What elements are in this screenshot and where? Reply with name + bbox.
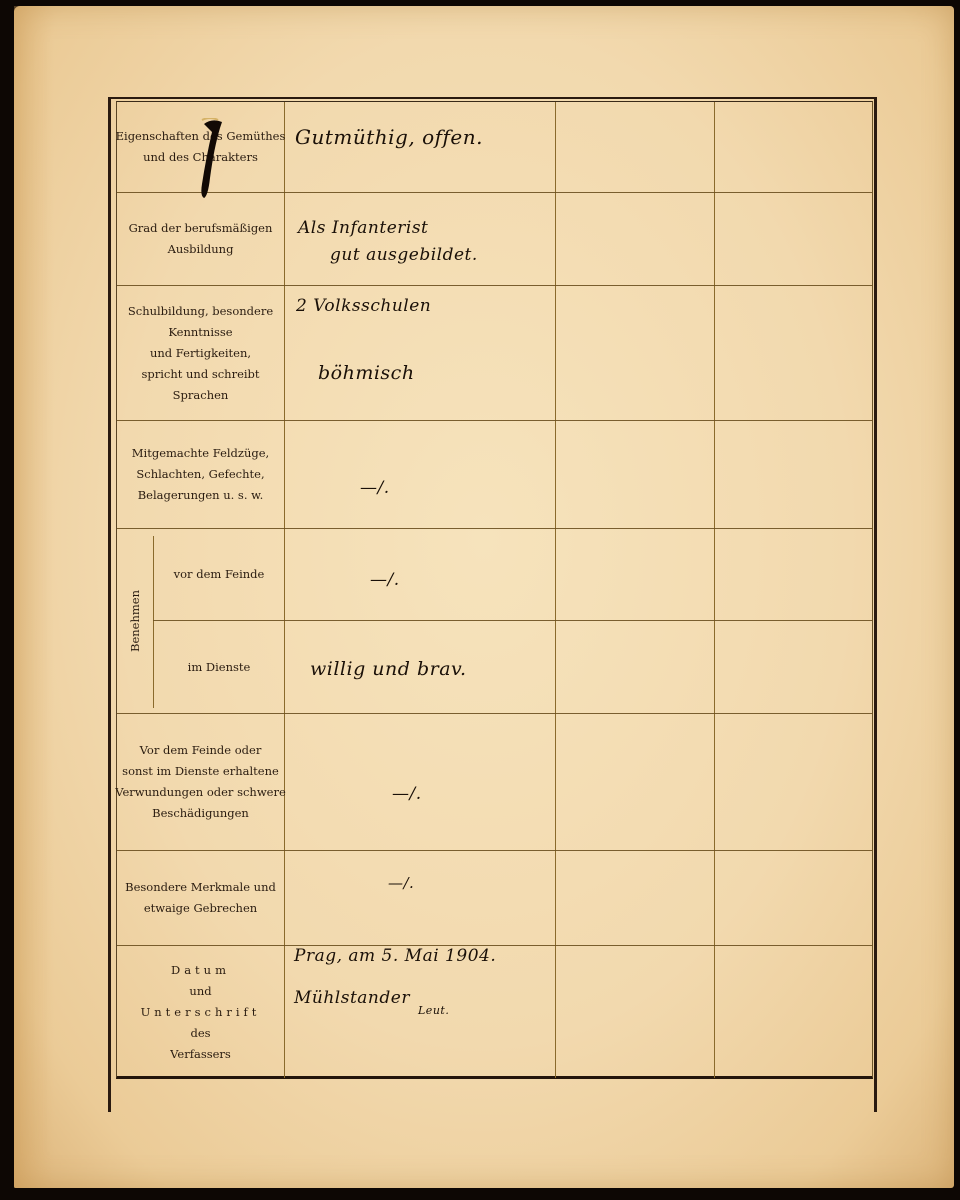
label-line: Datum xyxy=(171,960,230,981)
label-line: Verwundungen oder schwere xyxy=(115,782,286,803)
label-line: Sprachen xyxy=(173,385,229,406)
label-line: Besondere Merkmale und xyxy=(125,877,276,898)
entry-ausbildung-line2: gut ausgebildet. xyxy=(330,245,478,265)
ink-blot-icon xyxy=(198,118,228,200)
entry-vor-dem-feinde: —/. xyxy=(370,570,400,590)
entry-verwundungen: —/. xyxy=(392,784,422,804)
label-merkmale: Besondere Merkmale und etwaige Gebrechen xyxy=(117,851,284,945)
label-verwundungen: Vor dem Feinde oder sonst im Dienste erh… xyxy=(117,714,284,850)
entry-datum: Prag, am 5. Mai 1904. xyxy=(294,946,496,966)
label-line: Verfassers xyxy=(170,1044,231,1065)
entry-schulbildung-line2: böhmisch xyxy=(318,362,415,384)
label-benehmen-text: Benehmen xyxy=(128,590,142,652)
label-line: Grad der berufsmäßigen xyxy=(129,218,273,239)
entry-signature: Mühlstander xyxy=(294,988,410,1008)
label-benehmen: Benehmen xyxy=(118,528,152,713)
label-line: Beschädigungen xyxy=(152,803,249,824)
column-divider-1 xyxy=(284,102,285,1078)
label-vor-dem-feinde: vor dem Feinde xyxy=(154,529,284,620)
label-line: etwaige Gebrechen xyxy=(144,898,257,919)
label-line: vor dem Feinde xyxy=(174,564,265,585)
entry-merkmale: —/. xyxy=(388,874,414,892)
label-feldzuege: Mitgemachte Feldzüge, Schlachten, Gefech… xyxy=(117,421,284,528)
label-schulbildung: Schulbildung, besondere Kenntnisse und F… xyxy=(117,286,284,420)
entry-ausbildung-line1: Als Infanterist xyxy=(298,218,428,238)
entry-feldzuege: —/. xyxy=(360,478,390,498)
label-im-dienste: im Dienste xyxy=(154,621,284,713)
entry-rank: Leut. xyxy=(418,1004,449,1017)
label-line: und Fertigkeiten, xyxy=(150,343,251,364)
label-line: Schulbildung, besondere xyxy=(128,301,273,322)
label-line: im Dienste xyxy=(188,657,251,678)
label-line: Schlachten, Gefechte, xyxy=(136,464,264,485)
label-line: Kenntnisse xyxy=(168,322,232,343)
label-line: Belagerungen u. s. w. xyxy=(138,485,264,506)
entry-im-dienste: willig und brav. xyxy=(310,658,467,680)
label-datum-unterschrift: Datum und Unterschrift des Verfassers xyxy=(117,946,284,1078)
label-line: Mitgemachte Feldzüge, xyxy=(132,443,269,464)
column-divider-3 xyxy=(714,102,715,1078)
label-line: Vor dem Feinde oder xyxy=(140,740,262,761)
label-line: Ausbildung xyxy=(168,239,234,260)
entry-schulbildung-line1: 2 Volksschulen xyxy=(296,296,431,316)
entry-gemuet-charakter: Gutmüthig, offen. xyxy=(295,125,483,149)
label-line: spricht und schreibt xyxy=(141,364,259,385)
column-divider-2 xyxy=(555,102,556,1078)
label-line: sonst im Dienste erhaltene xyxy=(122,761,279,782)
label-line: und xyxy=(189,981,211,1002)
label-line: des xyxy=(190,1023,210,1044)
label-ausbildung: Grad der berufsmäßigen Ausbildung xyxy=(117,193,284,285)
label-line: Unterschrift xyxy=(141,1002,261,1023)
